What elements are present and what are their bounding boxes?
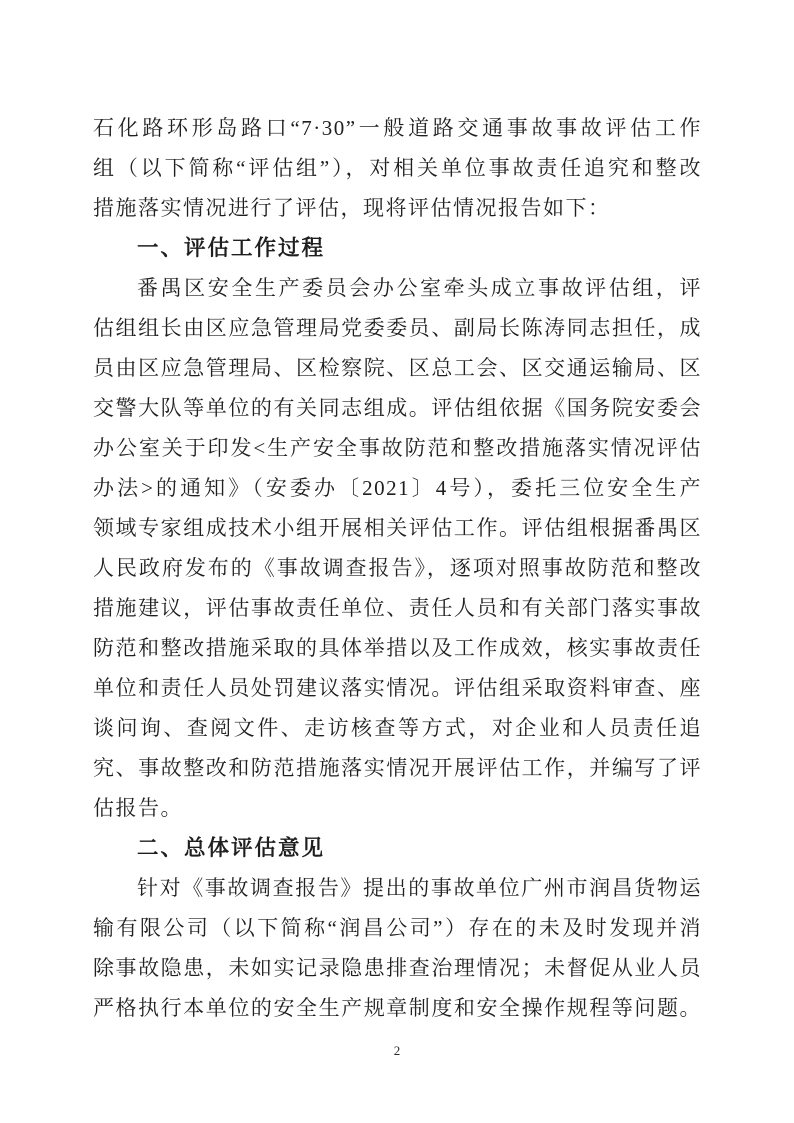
text-line: 石化路环形岛路口“7·30”一般道路交通事故事故评估工作 [93,108,702,148]
text-line: 措施建议，评估事故责任单位、责任人员和有关部门落实事故 [93,588,702,628]
text-line: 员由区应急管理局、区检察院、区总工会、区交通运输局、区 [93,348,702,388]
text-line: 组（以下简称“评估组”），对相关单位事故责任追究和整改 [93,148,702,188]
paragraph-last-line: 估报告。 [93,788,702,828]
text-line: 防范和整改措施采取的具体举措以及工作成效，核实事故责任 [93,628,702,668]
text-line: 除事故隐患，未如实记录隐患排查治理情况；未督促从业人员 [93,948,702,988]
text-line: 输有限公司（以下简称“润昌公司”）存在的未及时发现并消 [93,908,702,948]
document-body: 石化路环形岛路口“7·30”一般道路交通事故事故评估工作 组（以下简称“评估组”… [93,108,702,1028]
text-line: 单位和责任人员处罚建议落实情况。评估组采取资料审查、座 [93,668,702,708]
text-line: 究、事故整改和防范措施落实情况开展评估工作，并编写了评 [93,748,702,788]
document-page: 石化路环形岛路口“7·30”一般道路交通事故事故评估工作 组（以下简称“评估组”… [0,0,794,1123]
page-number: 2 [0,1040,794,1062]
text-line: 谈问询、查阅文件、走访核查等方式，对企业和人员责任追 [93,708,702,748]
section-1-heading: 一、评估工作过程 [93,228,702,268]
section-2-heading: 二、总体评估意见 [93,828,702,868]
text-line: 人民政府发布的《事故调查报告》，逐项对照事故防范和整改 [93,548,702,588]
paragraph-first-line: 番禺区安全生产委员会办公室牵头成立事故评估组，评 [93,268,702,308]
paragraph-first-line: 针对《事故调查报告》提出的事故单位广州市润昌货物运 [93,868,702,908]
text-line: 估组组长由区应急管理局党委委员、副局长陈涛同志担任，成 [93,308,702,348]
text-line: 领域专家组成技术小组开展相关评估工作。评估组根据番禺区 [93,508,702,548]
text-line: 交警大队等单位的有关同志组成。评估组依据《国务院安委会 [93,388,702,428]
text-line: 严格执行本单位的安全生产规章制度和安全操作规程等问题。 [93,988,702,1028]
text-line: 办公室关于印发<生产安全事故防范和整改措施落实情况评估 [93,428,702,468]
text-line: 办法>的通知》（安委办〔2021〕4号），委托三位安全生产 [93,468,702,508]
text-line: 措施落实情况进行了评估，现将评估情况报告如下： [93,188,702,228]
